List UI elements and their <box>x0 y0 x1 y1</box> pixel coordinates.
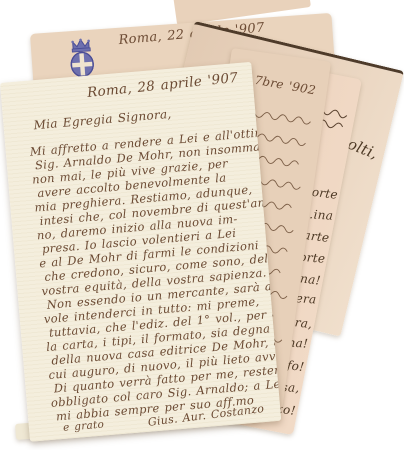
front-letter-dateline: Roma, 28 aprile '907 <box>87 70 240 101</box>
front-letter-greeting: Mia Egregia Signora, <box>33 107 172 133</box>
front-letter-body: Mi affretto a rendere a Lei e all'ottimo… <box>29 123 281 424</box>
manuscript-letters-photo: Roma, 22 aprile '907 Molti, …orte…ina…ar… <box>0 0 404 450</box>
savoy-crest-icon <box>64 37 99 79</box>
letter-page-front: Roma, 28 aprile '907 Mia Egregia Signora… <box>0 62 281 442</box>
front-letter-valediction: e grato <box>63 419 105 434</box>
